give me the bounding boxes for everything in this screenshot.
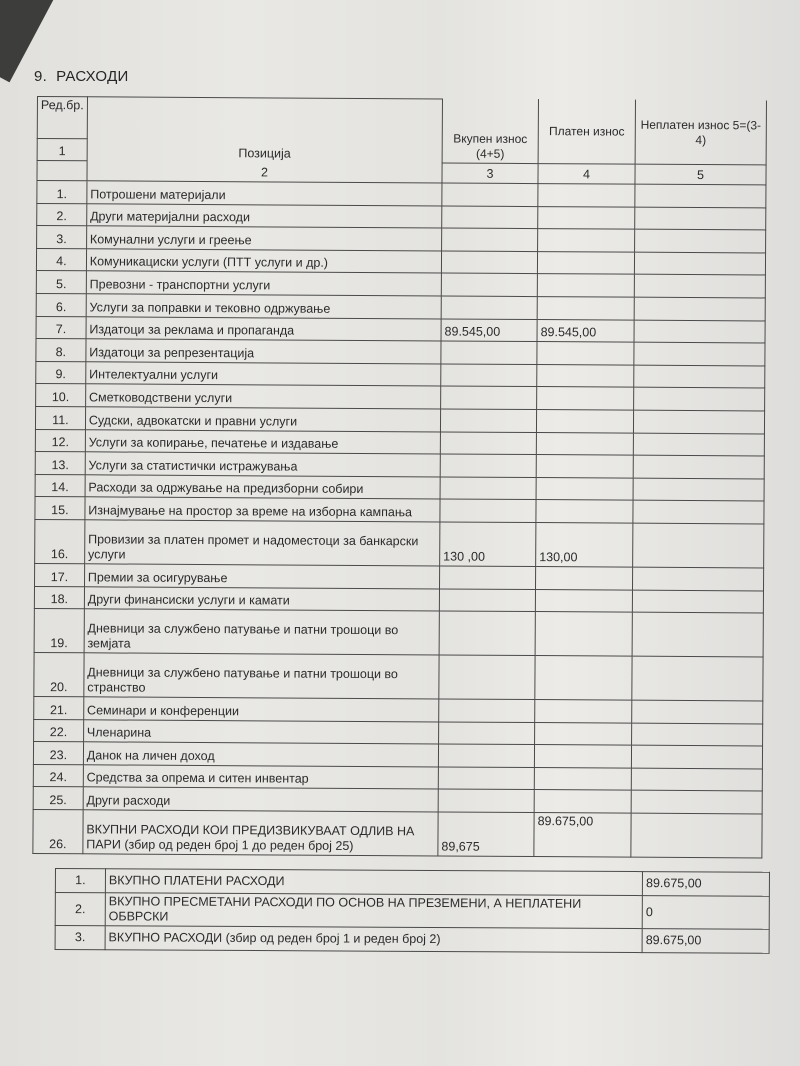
section-number: 9. [34,68,47,85]
row-position: Сметководствени услуги [85,384,440,409]
row-paid-amount: 89.675,00 [534,813,631,858]
row-unpaid-amount [632,656,763,701]
document-page: 9. РАСХОДИ Ред.бр. Вкупен износ (4+5) Пл… [0,0,800,1066]
row-unpaid-amount [631,745,762,768]
row-number: 3. [37,226,87,249]
row-position: Членарина [83,719,438,744]
row-total-amount: 89.545,00 [441,319,537,342]
row-total-amount [440,454,536,477]
row-position: Изнајмување на простор за време на избор… [85,497,440,522]
row-number: 7. [36,316,86,339]
row-paid-amount [536,455,633,478]
row-paid-amount [535,722,632,745]
row-number: 23. [33,742,83,765]
row-unpaid-amount [634,387,765,410]
summary-row-value: 89.675,00 [642,872,769,897]
row-unpaid-amount [634,252,765,275]
section-heading: 9. РАСХОДИ [34,68,129,85]
row-position: ВКУПНИ РАСХОДИ КОИ ПРЕДИЗВИКУВААТ ОДЛИВ … [83,810,438,856]
header-position: Позиција [87,139,442,163]
table-row: 19.Дневници за службено патување и патни… [34,609,763,657]
row-number: 11. [35,406,85,429]
row-paid-amount: 130,00 [536,522,633,567]
row-unpaid-amount [631,791,762,814]
row-number: 1. [37,181,87,204]
row-total-amount [441,273,537,296]
row-position: Услуги за копирање, печатење и издавање [85,429,440,454]
header-position-top [87,97,442,141]
row-unpaid-amount [634,342,765,365]
row-unpaid-amount [634,320,765,343]
summary-row-number: 2. [55,893,105,926]
row-number: 14. [35,474,85,497]
row-position: Услуги за поправки и тековно одржување [86,294,441,319]
section-title: РАСХОДИ [56,68,129,85]
row-total-amount [441,296,537,319]
row-position: Превозни - транспортни услуги [86,271,441,296]
row-paid-amount [534,745,631,768]
row-position: Дневници за службено патување и патни тр… [84,609,439,655]
row-number: 18. [34,586,84,609]
row-unpaid-amount [633,523,764,568]
row-total-amount [441,251,537,274]
row-total-amount [441,364,537,387]
row-total-amount [440,409,536,432]
row-unpaid-amount [635,207,766,230]
row-number: 22. [34,719,84,742]
row-paid-amount [537,251,634,274]
row-number: 16. [35,519,85,563]
row-paid-amount: 89.545,00 [537,319,634,342]
row-total-amount [438,789,534,812]
row-unpaid-amount [634,297,765,320]
row-position: Потрошени материјали [87,181,442,206]
row-unpaid-amount [632,723,763,746]
row-unpaid-amount [631,813,762,858]
header-total-amount: Вкупен износ (4+5) [442,99,538,164]
row-paid-amount [536,432,633,455]
row-unpaid-amount [633,433,764,456]
table-row: 26.ВКУПНИ РАСХОДИ КОИ ПРЕДИЗВИКУВААТ ОДЛ… [33,810,762,858]
column-number-5: 5 [635,164,766,185]
row-total-amount [441,386,537,409]
row-position: Интелектуални услуги [86,362,441,387]
row-unpaid-amount [633,455,764,478]
row-number: 12. [35,429,85,452]
row-number: 8. [36,339,86,362]
row-total-amount: 89,675 [438,812,534,857]
row-position: Издатоци за реклама и пропаганда [86,316,441,341]
row-unpaid-amount [635,184,766,207]
row-unpaid-amount [632,590,763,613]
summary-row-label: ВКУПНО ПЛАТЕНИ РАСХОДИ [105,869,642,896]
summary-row-number: 3. [55,926,105,950]
row-number: 20. [34,653,84,697]
row-position: Комуникациски услуги (ПТТ услуги и др.) [86,249,441,274]
row-number: 13. [35,452,85,475]
row-position: Семинари и конференции [84,697,439,722]
row-number: 4. [36,248,86,271]
row-paid-amount [537,297,634,320]
row-number: 26. [33,810,83,854]
row-total-amount [440,477,536,500]
row-position: Други материјални расходи [87,203,442,228]
header-unpaid-amount: Неплатен износ 5=(3-4) [635,100,766,165]
row-total-amount [439,588,535,611]
row-number: 24. [33,764,83,787]
row-position: Провизии за платен промет и надоместоци … [84,520,439,566]
header-row-number: Ред.бр. [37,97,87,139]
row-total-amount [438,767,534,790]
header-paid-amount: Платен износ [538,100,635,165]
row-position: Данок на личен доход [83,742,438,767]
row-unpaid-amount [634,365,765,388]
column-number-3: 3 [442,163,538,184]
summary-row-label: ВКУПНО ПРЕСМЕТАНИ РАСХОДИ ПО ОСНОВ НА ПР… [105,893,642,929]
row-total-amount [440,432,536,455]
row-position: Расходи за одржување на предизборни соби… [85,475,440,500]
table-row: 16.Провизии за платен промет и надоместо… [35,519,764,567]
row-total-amount [438,744,534,767]
row-number: 17. [35,563,85,586]
row-number: 19. [34,609,84,653]
expenses-table: Ред.бр. Вкупен износ (4+5) Платен износ … [32,96,767,859]
row-number: 21. [34,697,84,720]
row-unpaid-amount [631,768,762,791]
row-number-col-spacer [37,161,87,181]
row-paid-amount [535,589,632,612]
summary-row-label: ВКУПНО РАСХОДИ (збир од реден број 1 и р… [105,926,642,953]
column-number-2: 2 [87,161,442,183]
row-paid-amount [536,477,633,500]
row-total-amount [441,341,537,364]
row-paid-amount [535,656,632,701]
row-number: 25. [33,787,83,810]
summary-row-number: 1. [55,869,105,893]
row-total-amount [442,206,538,229]
row-unpaid-amount [634,275,765,298]
row-number: 10. [36,384,86,407]
row-unpaid-amount [633,567,764,590]
row-number: 5. [36,271,86,294]
row-position: Судски, адвокатски и правни услуги [85,407,440,432]
summary-row-value: 0 [642,896,769,930]
row-total-amount [439,722,535,745]
row-position: Премии за осигурување [84,564,439,589]
row-paid-amount [534,767,631,790]
row-total-amount [442,228,538,251]
row-total-amount [439,611,535,656]
row-unpaid-amount [632,700,763,723]
summary-row: 3.ВКУПНО РАСХОДИ (збир од реден број 1 и… [55,926,769,954]
row-paid-amount [537,342,634,365]
row-unpaid-amount [633,500,764,523]
row-total-amount [442,183,538,206]
row-total-amount [439,655,535,700]
row-number: 9. [36,361,86,384]
row-position: Средства за опрема и ситен инвентар [83,765,438,790]
row-unpaid-amount [632,612,763,657]
row-paid-amount [536,500,633,523]
row-paid-amount [535,612,632,657]
row-total-amount: 130 ,00 [440,522,536,567]
summary-row: 2.ВКУПНО ПРЕСМЕТАНИ РАСХОДИ ПО ОСНОВ НА … [55,893,769,930]
row-unpaid-amount [633,478,764,501]
column-number-1: 1 [37,139,87,161]
row-paid-amount [537,274,634,297]
row-paid-amount [538,184,635,207]
row-paid-amount [538,229,635,252]
summary-row-value: 89.675,00 [642,929,769,954]
summary-table: 1.ВКУПНО ПЛАТЕНИ РАСХОДИ89.675,002.ВКУПН… [55,868,770,954]
row-unpaid-amount [635,229,766,252]
column-number-4: 4 [538,164,635,185]
row-paid-amount [537,364,634,387]
row-position: Издатоци за репрезентација [86,339,441,364]
row-number: 6. [36,293,86,316]
row-total-amount [440,566,536,589]
row-position: Други расходи [83,787,438,812]
row-total-amount [440,499,536,522]
row-position: Услуги за статистички истражувања [85,452,440,477]
row-paid-amount [535,700,632,723]
row-position: Дневници за службено патување и патни тр… [84,653,439,699]
row-paid-amount [537,387,634,410]
row-unpaid-amount [633,410,764,433]
row-number: 15. [35,497,85,520]
row-position: Комунални услуги и греење [86,226,441,251]
row-total-amount [439,699,535,722]
row-paid-amount [534,790,631,813]
row-paid-amount [536,566,633,589]
table-row: 20.Дневници за службено патување и патни… [34,653,763,701]
row-number: 2. [37,203,87,226]
row-position: Други финансиски услуги и камати [84,586,439,611]
row-paid-amount [538,206,635,229]
row-paid-amount [536,409,633,432]
